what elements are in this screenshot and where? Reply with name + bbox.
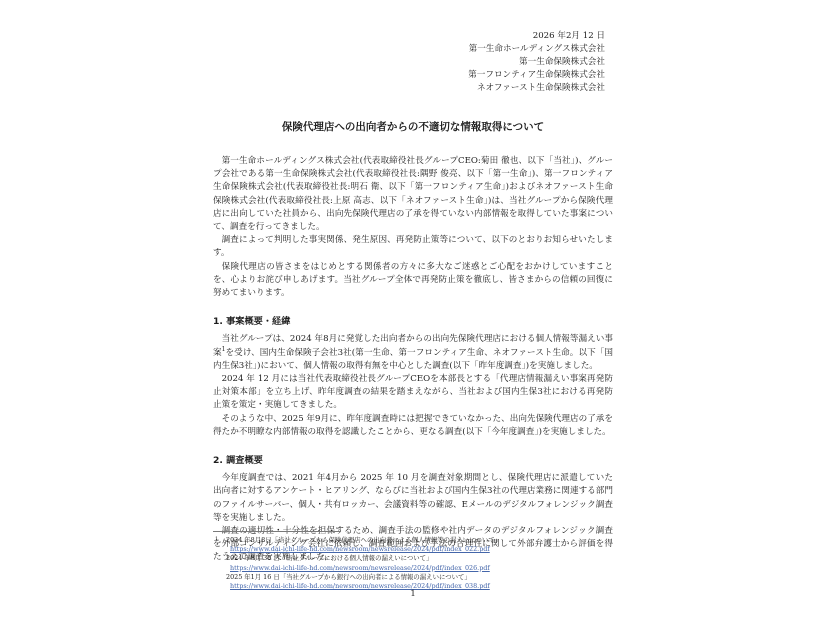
company-name-neofirst-life: ネオファースト生命保険株式会社 — [213, 82, 605, 95]
company-name-daiichi-life: 第一生命保険株式会社 — [213, 56, 605, 69]
footnote-list: 1 2024 年8月8日「当社グループから保険代理店への出向者による個人情報等の… — [213, 536, 613, 591]
document-date: 2026 年2月 12 日 — [213, 30, 605, 43]
company-name-holdings: 第一生命ホールディングス株式会社 — [213, 43, 605, 56]
footnote-area: 1 2024 年8月8日「当社グループから保険代理店への出向者による個人情報等の… — [213, 531, 613, 591]
section-1-paragraph-2: 2024 年 12 月には当社代表取締役社長グループCEOを本部長とする「代理店… — [213, 373, 613, 413]
document-page: 2026 年2月 12 日 第一生命ホールディングス株式会社 第一生命保険株式会… — [213, 0, 613, 620]
footnote-1-label: 2024 年8月8日「当社グループから保険代理店への出向者による個人情報等の漏え… — [226, 536, 501, 544]
section-2-heading: 2. 調査概要 — [213, 454, 613, 467]
footnote-3-label: 2025 年1月 16 日「当社グループから銀行への出向者による情報の漏えいにつ… — [213, 573, 613, 582]
page-number: 1 — [213, 588, 613, 598]
section-2-paragraph-1: 今年度調査では、2021 年4月から 2025 年 10 月を調査対象期間とし、… — [213, 472, 613, 525]
section-1-heading: 1. 事案概要・経緯 — [213, 315, 613, 328]
intro-paragraph-3: 保険代理店の皆さまをはじめとする関係者の方々に多大なご迷惑とご心配をおかけしてい… — [213, 261, 613, 301]
footnote-item: 1 2024 年8月8日「当社グループから保険代理店への出向者による個人情報等の… — [213, 536, 613, 545]
footnote-marker: 1 — [215, 535, 218, 544]
footnote-2-label: 2024 年8月 30 日「当社グループにおける個人情報の漏えいについて」 — [213, 554, 613, 563]
footnote-2-link[interactable]: https://www.dai-ichi-life-hd.com/newsroo… — [213, 564, 613, 573]
company-name-frontier-life: 第一フロンティア生命保険株式会社 — [213, 69, 605, 82]
document-title: 保険代理店への出向者からの不適切な情報取得について — [213, 119, 613, 134]
section-1-paragraph-3: そのような中、2025 年9月に、昨年度調査時には把握できていなかった、出向先保… — [213, 413, 613, 439]
intro-paragraph-1: 第一生命ホールディングス株式会社(代表取締役社長グループCEO:菊田 徹也、以下… — [213, 155, 613, 234]
document-body: 第一生命ホールディングス株式会社(代表取締役社長グループCEO:菊田 徹也、以下… — [213, 155, 613, 565]
section-1-paragraph-1: 当社グループは、2024 年8月に発覚した出向者からの出向先保険代理店における個… — [213, 333, 613, 373]
section-1-paragraph-1-continuation: を受け、国内生命保険子会社3社(第一生命、第一フロンティア生命、ネオファースト生… — [213, 348, 613, 371]
footnote-divider — [213, 531, 341, 532]
intro-paragraph-2: 調査によって判明した事実関係、発生原因、再発防止策等について、以下のとおりお知ら… — [213, 234, 613, 260]
document-header: 2026 年2月 12 日 第一生命ホールディングス株式会社 第一生命保険株式会… — [213, 30, 613, 95]
